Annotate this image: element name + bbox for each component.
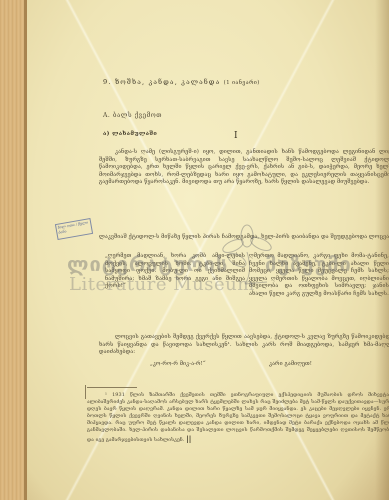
end-marker: ||: [186, 434, 191, 443]
body-paragraph-2: ლოცვის გათავების შემდეგ ქვერქვს წყლით აა…: [99, 334, 389, 357]
body-paragraph-1: კანდა-ს ღამე (ლისგურეშ-ი) იყო, დილით, გა…: [99, 149, 389, 187]
footnote: ¹ 1931 წლის ზამთარში ქვეშეთის თემში ეთნო…: [87, 392, 389, 444]
roman-numeral-marker: I: [234, 133, 238, 141]
footnote-divider: [87, 387, 137, 388]
chapter-title: 9. ზოშხა, კანდა, კალანდა (1 იანვარი): [103, 79, 363, 88]
prayer-original-column: „ღერმეთ მადლიან, ხორა კოშბ ამვი-ლების მო…: [105, 253, 245, 291]
footnote-text: ¹ 1931 წლის ზამთარში ქვეშეთის თემში ეთნო…: [87, 392, 389, 443]
page-edges-stack: [0, 0, 27, 500]
handwritten-margin-note: ხილ ოთა / წყლი ბანა: [55, 218, 93, 240]
call-translation: კარი გამიღეთ!: [269, 361, 312, 369]
scanned-book: 9. ზოშხა, კანდა, კალანდა (1 იანვარი) A. …: [0, 0, 389, 500]
call-original: „კო-რო-რ მიკ-ა-რ!“: [150, 361, 206, 369]
prayer-translation-column: ღმერთო მადლიანო, კარგი ფეხი მომა-ტანინე,…: [249, 253, 389, 299]
body-paragraph-1-continued: ლაკვშიაშ ქტიდოლ-ს მიწაზე წყლის პირას ჩამ…: [99, 234, 389, 242]
subsection-heading: ა) ლახამულაში: [103, 131, 157, 139]
chapter-date: (1 იანვარი): [224, 80, 260, 86]
book-page: 9. ზოშხა, კანდა, კალანდა (1 იანვარი) A. …: [27, 0, 389, 500]
section-heading: A. ბალს ქვემოთ: [103, 112, 162, 120]
footnote-bracket: [85, 385, 86, 399]
chapter-title-text: 9. ზოშხა, კანდა, კალანდა: [103, 78, 220, 86]
